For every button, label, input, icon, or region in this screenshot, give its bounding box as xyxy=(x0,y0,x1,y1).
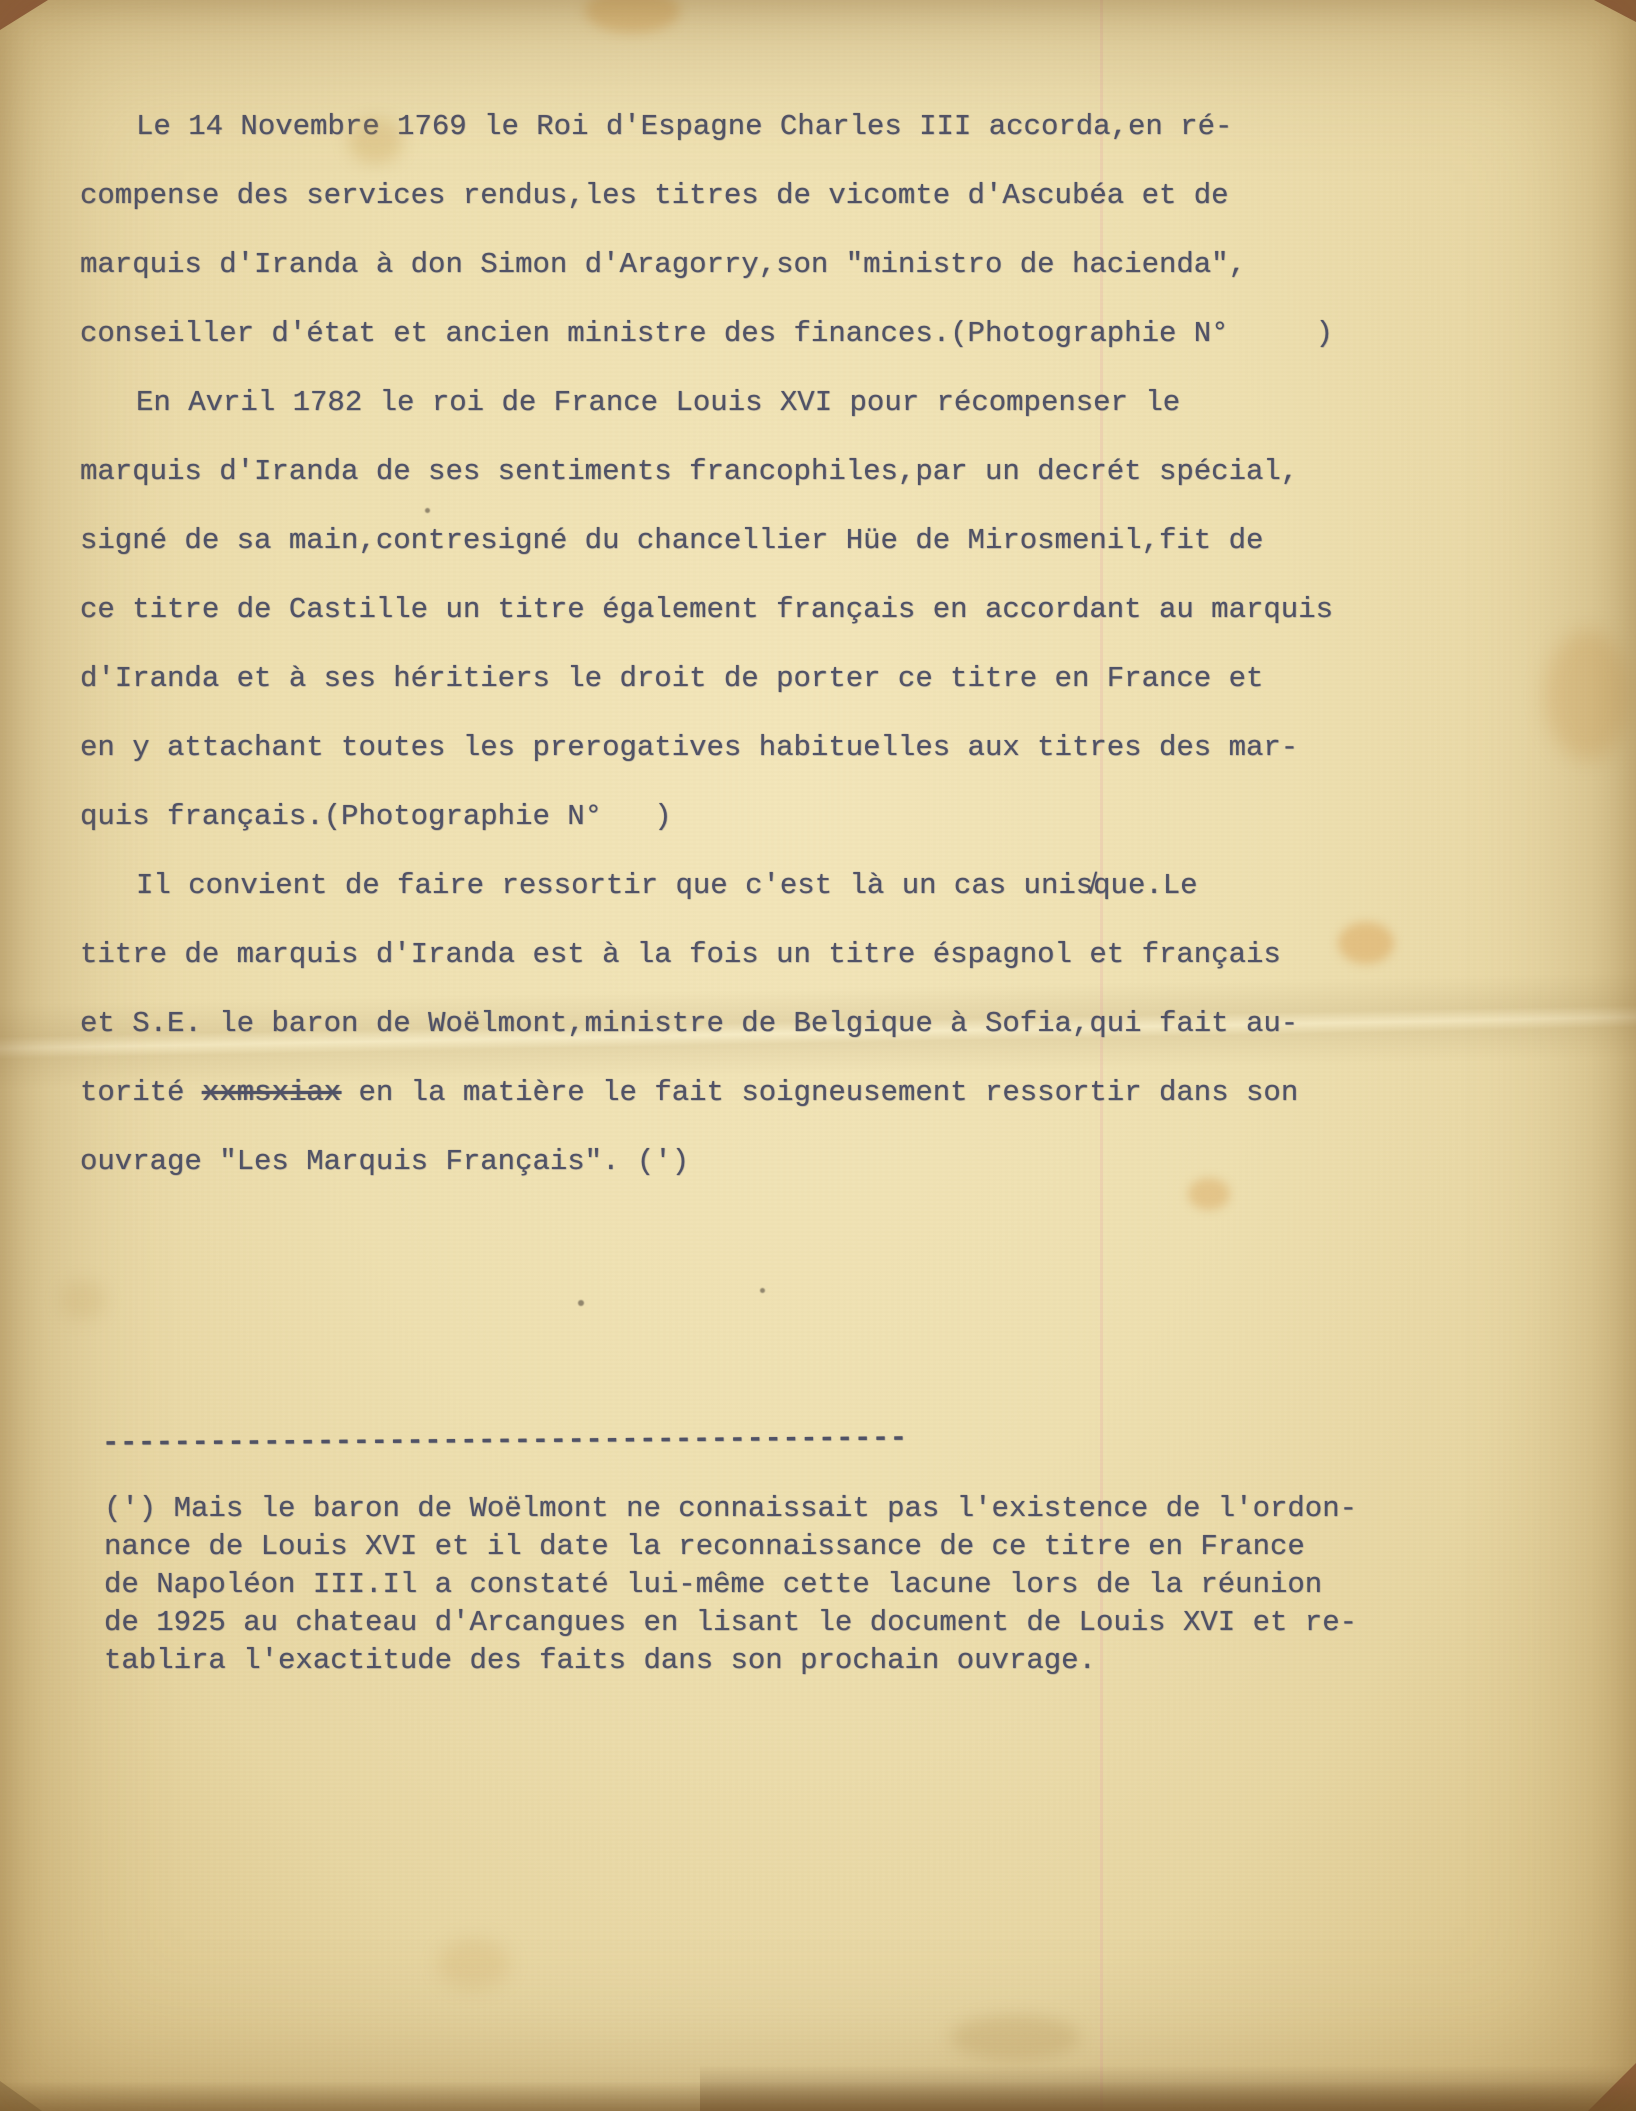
body-line: d'Iranda et à ses héritiers le droit de … xyxy=(80,644,1333,713)
body-line-with-strikeout: torité xxmsxiax en la matière le fait so… xyxy=(80,1058,1333,1127)
body-line: en y attachant toutes les prerogatives h… xyxy=(80,713,1333,782)
typewritten-body: Le 14 Novembre 1769 le Roi d'Espagne Cha… xyxy=(80,92,1333,1196)
body-line-segment: torité xyxy=(80,1076,202,1109)
footnote-line: nance de Louis XVI et il date la reconna… xyxy=(104,1528,1357,1566)
body-line: conseiller d'état et ancien ministre des… xyxy=(80,299,1333,368)
body-line: Le 14 Novembre 1769 le Roi d'Espagne Cha… xyxy=(80,92,1333,161)
corner-mark xyxy=(1594,0,1636,22)
body-line: marquis d'Iranda de ses sentiments franc… xyxy=(80,437,1333,506)
document-page: Le 14 Novembre 1769 le Roi d'Espagne Cha… xyxy=(0,0,1636,2111)
corner-mark xyxy=(1588,2063,1636,2111)
body-line-segment: en la matière le fait soigneusement ress… xyxy=(341,1076,1298,1109)
footnote-divider: ----------------------------------------… xyxy=(102,1422,908,1460)
paper-stain xyxy=(950,2015,1080,2060)
body-line: marquis d'Iranda à don Simon d'Aragorry,… xyxy=(80,230,1333,299)
body-line: compense des services rendus,les titres … xyxy=(80,161,1333,230)
struck-out-word: xxmsxiax xyxy=(202,1076,341,1109)
paper-stain xyxy=(1545,630,1630,760)
body-line: signé de sa main,contresigné du chancell… xyxy=(80,506,1333,575)
body-line: ce titre de Castille un titre également … xyxy=(80,575,1333,644)
bottom-edge-shadow xyxy=(700,2065,1636,2111)
paper-stain xyxy=(585,0,680,33)
corner-mark xyxy=(0,0,48,30)
paper-speck xyxy=(578,1300,584,1306)
footnote-line: de Napoléon III.Il a constaté lui-même c… xyxy=(104,1566,1357,1604)
body-line: ouvrage "Les Marquis Français". (') xyxy=(80,1127,1333,1196)
paper-stain xyxy=(1338,922,1394,964)
bottom-edge-shadow xyxy=(0,2081,1636,2111)
body-line: et S.E. le baron de Woëlmont,ministre de… xyxy=(80,989,1333,1058)
body-line: Il convient de faire ressortir que c'est… xyxy=(80,851,1333,920)
body-line: titre de marquis d'Iranda est à la fois … xyxy=(80,920,1333,989)
footnote-block: (') Mais le baron de Woëlmont ne connais… xyxy=(104,1490,1357,1680)
footnote-line: de 1925 au chateau d'Arcangues en lisant… xyxy=(104,1604,1357,1642)
body-line: En Avril 1782 le roi de France Louis XVI… xyxy=(80,368,1333,437)
paper-speck xyxy=(760,1288,765,1293)
paper-stain xyxy=(60,1280,106,1320)
footnote-line: tablira l'exactitude des faits dans son … xyxy=(104,1642,1357,1680)
footnote-line: (') Mais le baron de Woëlmont ne connais… xyxy=(104,1490,1357,1528)
corner-mark xyxy=(0,2081,42,2111)
paper-stain xyxy=(438,1938,510,1990)
body-line: quis français.(Photographie N° ) xyxy=(80,782,1333,851)
